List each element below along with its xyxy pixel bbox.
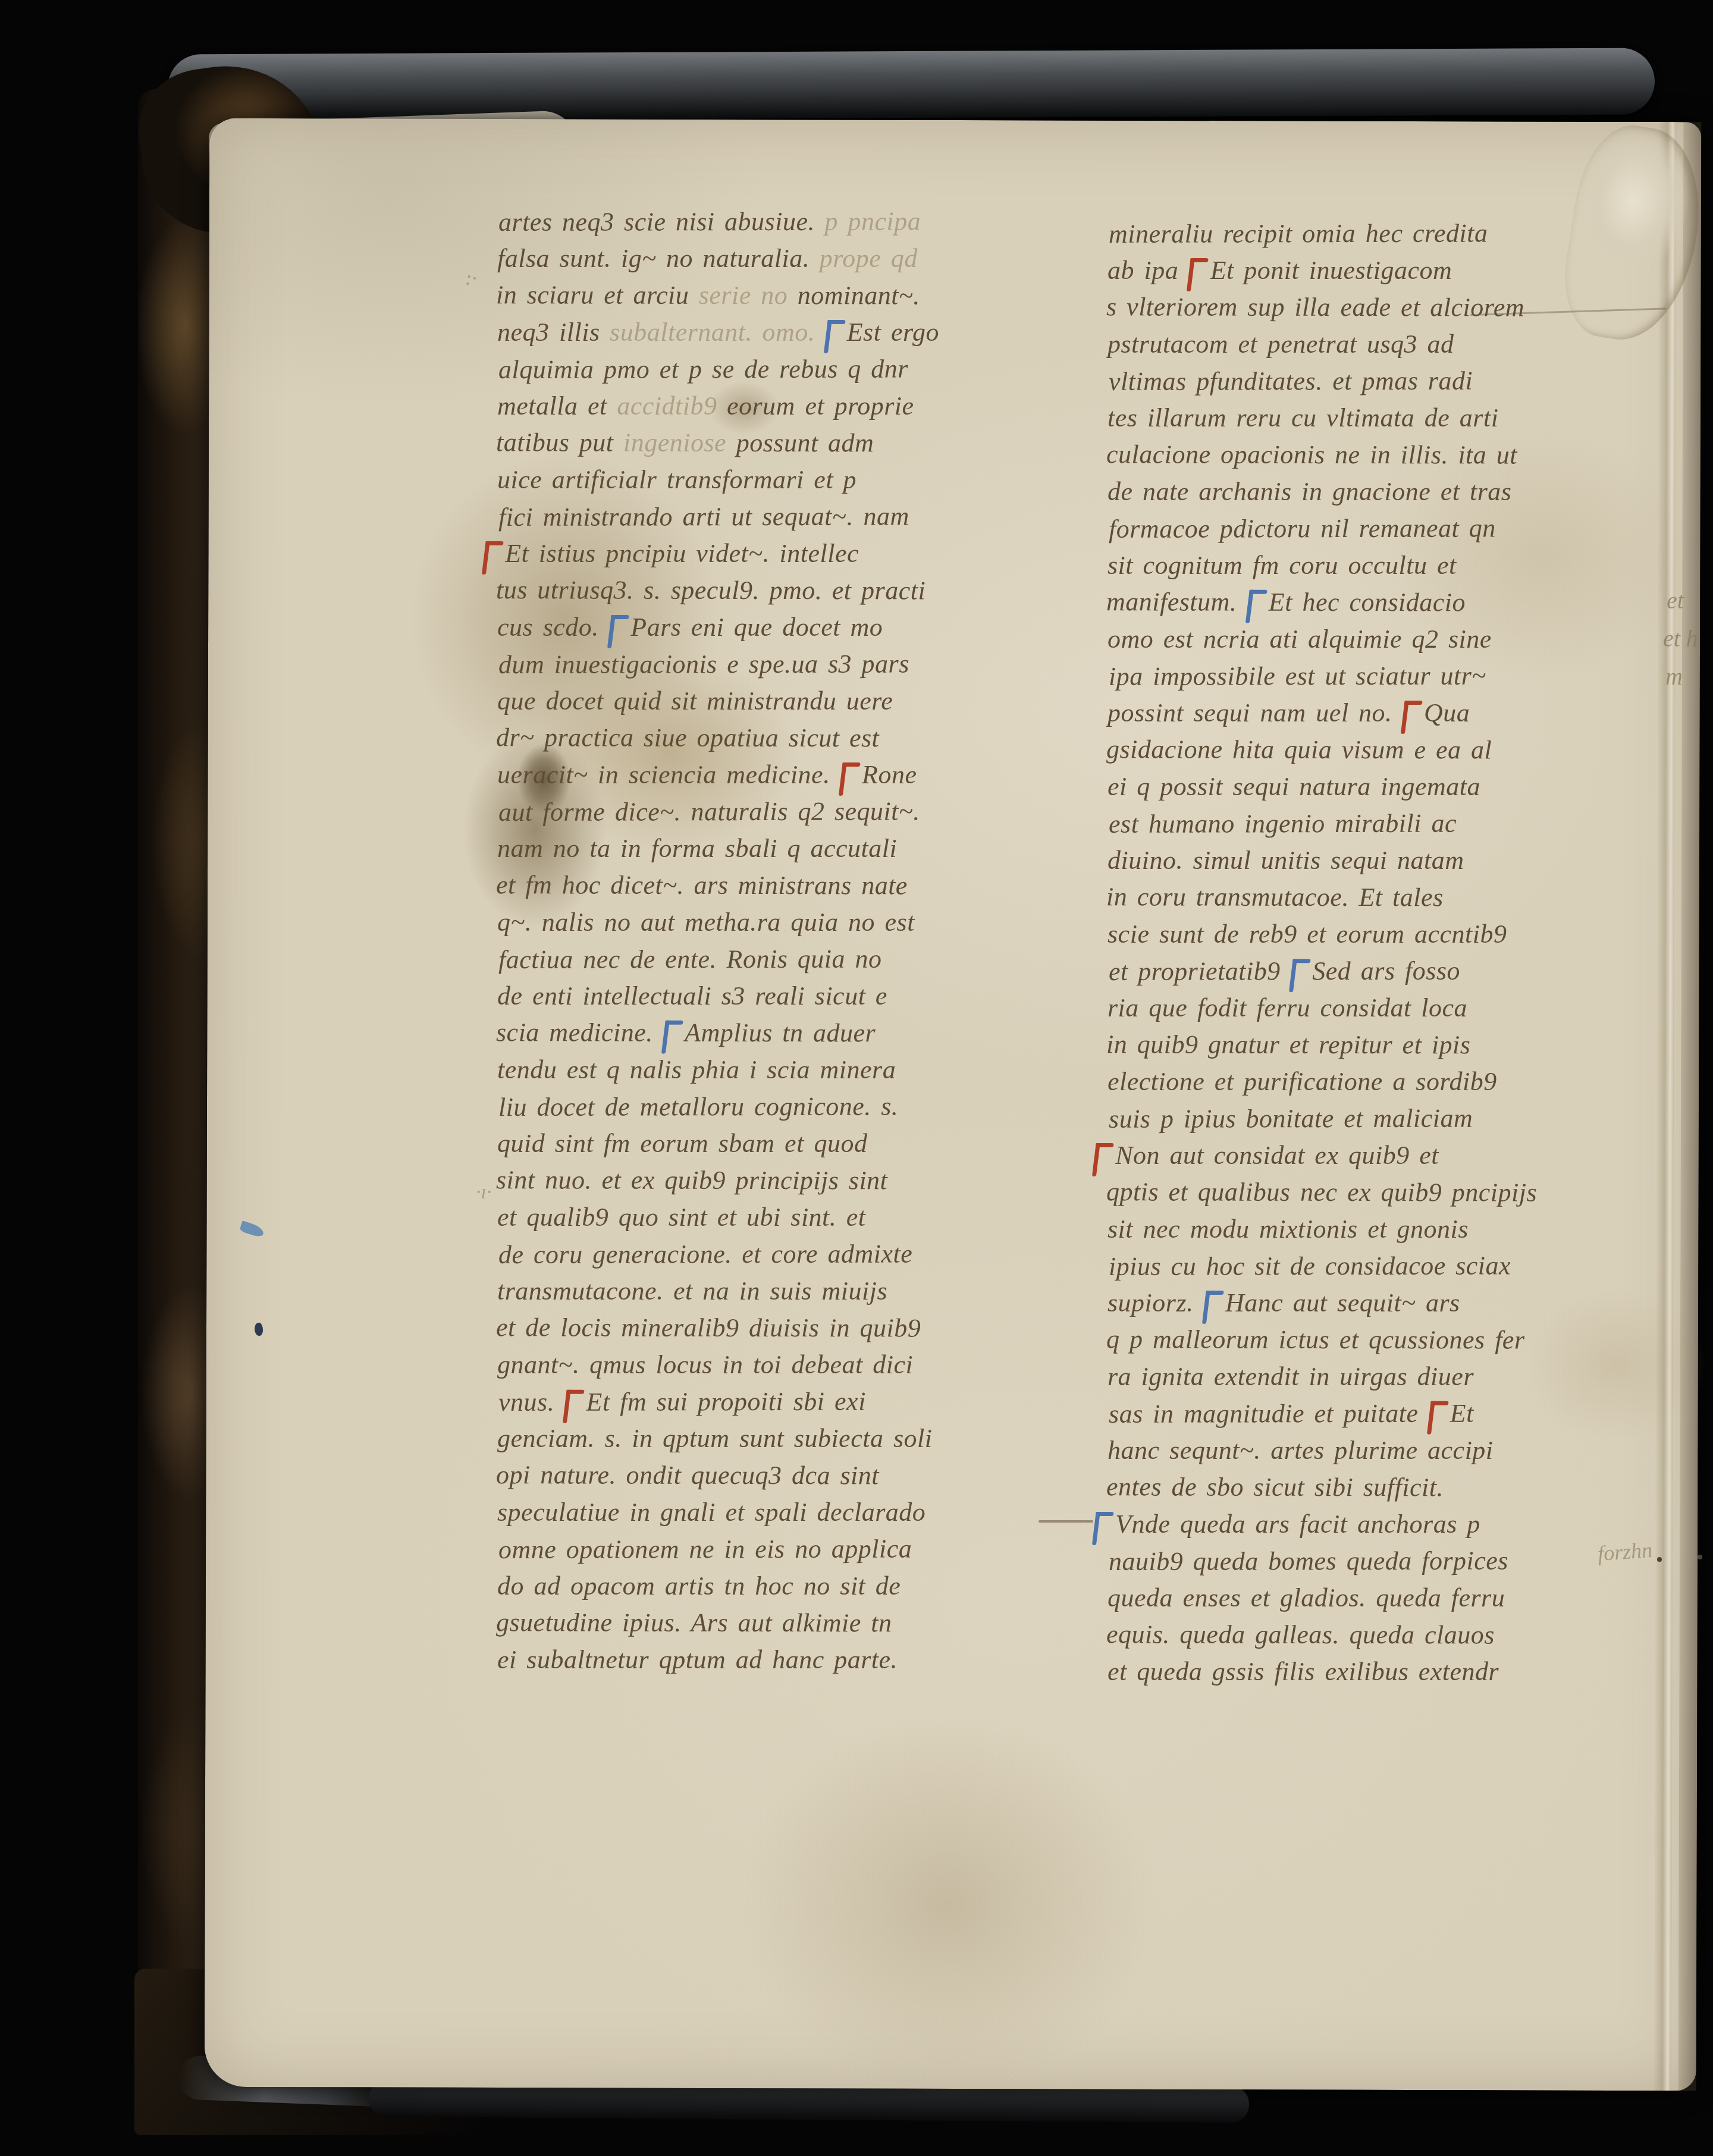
text-line: equis. queda galleas. queda clauos <box>1106 1617 1606 1655</box>
text-segment: scia medicine. <box>496 1018 663 1047</box>
text-segment: do ad opacom artis tn hoc no sit de <box>497 1571 901 1600</box>
text-line: et proprietatib9 Sed ars fosso <box>1109 953 1608 991</box>
text-line: et fm hoc dicet~. ars ministrans nate <box>496 868 1037 906</box>
margin-note-right: et h <box>1663 624 1698 652</box>
text-segment: tendu est q nalis phia i scia minera <box>497 1055 896 1084</box>
text-segment: factiua nec de ente. Ronis quia no <box>498 944 882 974</box>
pilcrow-blue-icon <box>1203 1291 1219 1317</box>
text-segment: Non aut considat ex quib9 et <box>1115 1141 1439 1170</box>
text-line: diuino. simul unitis sequi natam <box>1108 843 1607 880</box>
text-line: dum inuestigacionis e spe.ua s3 pars <box>498 647 1040 685</box>
text-segment: Hanc aut sequit~ ars <box>1225 1288 1460 1317</box>
text-line: pstrutacom et penetrat usq3 ad <box>1108 327 1607 364</box>
text-segment: et de locis mineralib9 diuisis in quib9 <box>496 1313 921 1342</box>
text-line: omo est ncria ati alquimie q2 sine <box>1108 622 1607 659</box>
pilcrow-red-icon <box>1428 1401 1444 1427</box>
text-segment: q p malleorum ictus et qcussiones fer <box>1106 1325 1525 1354</box>
pilcrow-blue-icon <box>1246 589 1263 616</box>
text-line: ra ignita extendit in uirgas diuer <box>1108 1360 1607 1396</box>
text-segment: ipius cu hoc sit de considacoe sciax <box>1109 1251 1511 1281</box>
text-segment: tes illarum reru cu vltimata de arti <box>1108 403 1498 432</box>
text-line: q~. nalis no aut metha.ra quia no est <box>497 905 1039 942</box>
text-segment: Et hec considacio <box>1269 588 1466 617</box>
text-column-left: artes neq3 scie nisi abusiue. p pncipafa… <box>497 205 1039 1680</box>
text-line: et queda gssis filis exilibus extendr <box>1108 1655 1607 1691</box>
text-line: fici ministrando arti ut sequat~. nam <box>498 499 1040 537</box>
text-segment: diuino. simul unitis sequi natam <box>1108 846 1464 875</box>
pilcrow-blue-icon <box>608 615 625 642</box>
text-line: cus scdo. Pars eni que docet mo <box>497 610 1039 647</box>
text-segment: prope qd <box>820 244 918 273</box>
text-segment: ueracit~ in sciencia medicine. <box>497 760 840 789</box>
text-line: nam no ta in forma sbali q accutali <box>497 831 1039 868</box>
ink-dot <box>1698 1555 1702 1559</box>
text-line: que docet quid sit ministrandu uere <box>497 684 1039 721</box>
text-line: entes de sbo sicut sibi sufficit. <box>1106 1470 1606 1507</box>
text-line: de enti intellectuali s3 reali sicut e <box>497 979 1039 1016</box>
text-segment: de nate archanis in gnacione et tras <box>1108 477 1511 506</box>
page-fore-edge <box>1679 122 1702 2091</box>
pilcrow-blue-icon <box>824 320 841 347</box>
text-segment: sit nec modu mixtionis et gnonis <box>1108 1214 1469 1244</box>
text-line: factiua nec de ente. Ronis quia no <box>498 942 1040 980</box>
text-line: vnus. Et fm sui propoiti sbi exi <box>498 1384 1040 1422</box>
text-segment: in quib9 gnatur et repitur et ipis <box>1106 1030 1471 1059</box>
text-line: alquimia pmo et p se de rebus q dnr <box>498 352 1040 390</box>
text-line: ei q possit sequi natura ingemata <box>1108 770 1607 806</box>
text-segment: in sciaru et arciu <box>496 280 699 310</box>
text-line: in quib9 gnatur et repitur et ipis <box>1106 1027 1606 1065</box>
text-segment: genciam. s. in qptum sunt subiecta soli <box>497 1424 932 1453</box>
text-segment: vltimas pfunditates. et pmas radi <box>1109 366 1473 396</box>
text-segment: est humano ingenio mirabili ac <box>1109 809 1457 839</box>
text-segment: et proprietatib9 <box>1109 956 1290 986</box>
text-line: liu docet de metalloru cognicone. s. <box>498 1089 1040 1127</box>
text-line: quid sint fm eorum sbam et quod <box>497 1126 1039 1163</box>
text-segment: electione et purificatione a sordib9 <box>1108 1067 1497 1096</box>
text-line: est humano ingenio mirabili ac <box>1109 806 1608 844</box>
text-segment: Et fm sui propoiti sbi exi <box>586 1387 866 1417</box>
text-line: et qualib9 quo sint et ubi sint. et <box>497 1200 1039 1237</box>
text-line: aut forme dice~. naturalis q2 sequit~. <box>498 794 1040 832</box>
text-segment: et queda gssis filis exilibus extendr <box>1108 1657 1499 1686</box>
text-line: gnant~. qmus locus in toi debeat dici <box>497 1348 1039 1385</box>
text-line: speculatiue in gnali et spali declarado <box>497 1495 1039 1532</box>
text-segment: supiorz. <box>1108 1288 1203 1317</box>
text-segment: falsa sunt. ig~ no naturalia. <box>497 244 820 273</box>
text-line: gsuetudine ipius. Ars aut alkimie tn <box>496 1605 1037 1643</box>
text-segment: de coru generacione. et core admixte <box>498 1239 912 1269</box>
text-segment: artes neq3 scie nisi abusiue. <box>498 207 824 237</box>
text-line: mineraliu recipit omia hec credita <box>1109 216 1608 254</box>
text-line: Et istius pncipiu videt~. intellec <box>497 536 1039 573</box>
text-segment: Rone <box>862 760 917 789</box>
text-segment: Vnde queda ars facit anchoras p <box>1115 1509 1480 1539</box>
text-segment: Est ergo <box>847 318 939 347</box>
text-line: tus utriusq3. s. specul9. pmo. et practi <box>496 573 1037 611</box>
text-segment: cus scdo. <box>497 613 608 642</box>
text-line: manifestum. Et hec considacio <box>1106 585 1606 622</box>
text-segment: tus utriusq3. s. specul9. pmo. et practi <box>496 575 925 605</box>
text-segment: Et <box>1450 1399 1474 1428</box>
text-segment: de enti intellectuali s3 reali sicut e <box>497 981 887 1010</box>
text-line: in coru transmutacoe. Et tales <box>1106 880 1606 917</box>
text-line: sit nec modu mixtionis et gnonis <box>1108 1212 1607 1249</box>
text-segment: accidtib9 <box>617 391 727 420</box>
pilcrow-red-icon <box>482 541 499 568</box>
text-line: nauib9 queda bomes queda forpices <box>1109 1543 1608 1581</box>
text-segment: culacione opacionis ne in illis. ita ut <box>1106 440 1517 469</box>
text-line: metalla et accidtib9 eorum et proprie <box>497 389 1039 426</box>
text-line: tendu est q nalis phia i scia minera <box>497 1053 1039 1090</box>
text-segment: ab ipa <box>1108 256 1188 285</box>
text-line: scia medicine. Amplius tn aduer <box>496 1015 1037 1053</box>
text-segment: sit cognitum fm coru occultu et <box>1108 551 1457 580</box>
text-segment: eorum et proprie <box>727 391 914 420</box>
text-line: s vlteriorem sup illa eade et alciorem <box>1106 290 1606 327</box>
text-line: sas in magnitudie et puitate Et <box>1109 1396 1608 1434</box>
text-segment: suis p ipius bonitate et maliciam <box>1109 1104 1473 1134</box>
text-line: ria que fodit ferru considat loca <box>1108 991 1607 1028</box>
text-column-right: mineraliu recipit omia hec creditaab ipa… <box>1108 216 1607 1691</box>
text-segment: et fm hoc dicet~. ars ministrans nate <box>496 870 908 900</box>
text-line: ueracit~ in sciencia medicine. Rone <box>497 758 1039 795</box>
text-segment: tatibus put <box>496 428 623 457</box>
text-segment: sas in magnitudie et puitate <box>1109 1399 1428 1429</box>
text-line: q p malleorum ictus et qcussiones fer <box>1106 1322 1606 1360</box>
text-line: culacione opacionis ne in illis. ita ut <box>1106 437 1606 475</box>
margin-mark-left: :· <box>465 268 477 290</box>
text-line: falsa sunt. ig~ no naturalia. prope qd <box>497 241 1039 278</box>
text-segment: ria que fodit ferru considat loca <box>1108 993 1467 1022</box>
text-segment: pstrutacom et penetrat usq3 ad <box>1108 329 1454 359</box>
text-segment: metalla et <box>497 391 617 420</box>
text-segment: Et istius pncipiu videt~. intellec <box>505 539 859 568</box>
text-line: ipius cu hoc sit de considacoe sciax <box>1109 1248 1608 1286</box>
text-segment: et qualib9 quo sint et ubi sint. et <box>497 1203 866 1232</box>
margin-note-right: et <box>1667 586 1684 614</box>
text-line: Vnde queda ars facit anchoras p <box>1108 1507 1607 1544</box>
text-line: ipa impossibile est ut sciatur utr~ <box>1109 658 1608 696</box>
text-segment: ei q possit sequi natura ingemata <box>1108 772 1480 801</box>
text-segment: alquimia pmo et p se de rebus q dnr <box>498 354 908 384</box>
text-line: transmutacone. et na in suis miuijs <box>497 1274 1039 1311</box>
text-segment: Pars eni que docet mo <box>630 613 883 642</box>
text-segment: transmutacone. et na in suis miuijs <box>497 1276 887 1305</box>
text-segment: ei subaltnetur qptum ad hanc parte. <box>497 1645 898 1674</box>
text-line: electione et purificatione a sordib9 <box>1108 1065 1607 1101</box>
text-segment: formacoe pdictoru nil remaneat qn <box>1109 514 1496 544</box>
text-segment: scie sunt de reb9 et eorum accntib9 <box>1108 919 1507 949</box>
margin-note-right: m <box>1665 663 1683 691</box>
text-segment: possunt adm <box>736 428 874 457</box>
text-segment: dr~ practica siue opatiua sicut est <box>496 723 879 752</box>
text-segment: serie no <box>699 281 798 310</box>
text-segment: speculatiue in gnali et spali declarado <box>497 1498 925 1527</box>
pilcrow-blue-icon <box>1290 959 1306 986</box>
text-segment: liu docet de metalloru cognicone. s. <box>498 1092 898 1122</box>
text-segment: Et ponit inuestigacom <box>1210 256 1452 285</box>
text-segment: q~. nalis no aut metha.ra quia no est <box>497 908 915 937</box>
text-segment: sint nuo. et ex quib9 principijs sint <box>496 1165 887 1195</box>
pilcrow-blue-icon <box>662 1020 679 1047</box>
text-segment: quid sint fm eorum sbam et quod <box>497 1129 867 1158</box>
text-line: supiorz. Hanc aut sequit~ ars <box>1108 1286 1607 1323</box>
pilcrow-red-icon <box>839 762 856 789</box>
text-line: in sciaru et arciu serie no nominant~. <box>496 278 1037 316</box>
text-line: formacoe pdictoru nil remaneat qn <box>1109 511 1608 549</box>
text-segment: que docet quid sit ministrandu uere <box>497 686 893 715</box>
text-segment: omo est ncria ati alquimie q2 sine <box>1108 624 1492 654</box>
text-segment: ra ignita extendit in uirgas diuer <box>1108 1362 1474 1391</box>
text-line: qptis et qualibus nec ex quib9 pncipijs <box>1106 1175 1606 1212</box>
pilcrow-red-icon <box>1188 258 1204 285</box>
text-segment: opi nature. ondit quecuq3 dca sint <box>496 1460 879 1490</box>
text-segment: gnant~. qmus locus in toi debeat dici <box>497 1350 913 1379</box>
text-line: Non aut considat ex quib9 et <box>1108 1138 1607 1175</box>
text-segment: omne opationem ne in eis no applica <box>498 1534 912 1564</box>
stain <box>740 1713 1157 2095</box>
text-line: tatibus put ingeniose possunt adm <box>496 425 1037 463</box>
text-segment: subalternant. omo. <box>610 318 825 347</box>
text-segment: nauib9 queda bomes queda forpices <box>1109 1546 1508 1576</box>
text-line: gsidacione hita quia visum e ea al <box>1106 732 1606 770</box>
text-line: tes illarum reru cu vltimata de arti <box>1108 401 1607 438</box>
page-fold-line <box>1654 122 1677 2091</box>
text-line: do ad opacom artis tn hoc no sit de <box>497 1569 1039 1606</box>
text-line: ei subaltnetur qptum ad hanc parte. <box>497 1643 1039 1680</box>
text-segment: dum inuestigacionis e spe.ua s3 pars <box>498 649 909 679</box>
text-line: vltimas pfunditates. et pmas radi <box>1109 363 1608 401</box>
pilcrow-red-icon <box>564 1389 581 1416</box>
text-segment: nam no ta in forma sbali q accutali <box>497 834 897 863</box>
text-segment: nominant~. <box>798 281 920 310</box>
text-line: de coru generacione. et core admixte <box>498 1237 1040 1275</box>
pilcrow-blue-icon <box>1093 1512 1109 1539</box>
ink-dot <box>1657 1557 1662 1562</box>
text-segment: manifestum. <box>1106 587 1247 616</box>
text-line: scie sunt de reb9 et eorum accntib9 <box>1108 917 1607 954</box>
text-line: queda enses et gladios. queda ferru <box>1108 1581 1607 1618</box>
text-line: sint nuo. et ex quib9 principijs sint <box>496 1163 1037 1201</box>
text-segment: vnus. <box>498 1388 564 1417</box>
text-segment: s vlteriorem sup illa eade et alciorem <box>1106 292 1524 322</box>
text-segment: fici ministrando arti ut sequat~. nam <box>498 502 909 532</box>
text-segment: neq3 illis <box>497 318 610 347</box>
text-segment: equis. queda galleas. queda clauos <box>1106 1620 1495 1649</box>
margin-note-corner: forzhn <box>1597 1537 1654 1566</box>
text-segment: aut forme dice~. naturalis q2 sequit~. <box>498 796 920 826</box>
margin-mark-left: ·ı· <box>476 1181 491 1204</box>
pilcrow-red-icon <box>1401 701 1418 727</box>
text-segment: entes de sbo sicut sibi sufficit. <box>1106 1472 1444 1502</box>
text-line: hanc sequnt~. artes plurime accipi <box>1108 1433 1607 1470</box>
text-segment: mineraliu recipit omia hec credita <box>1109 219 1488 249</box>
text-segment: ipa impossibile est ut sciatur utr~ <box>1109 661 1486 691</box>
text-segment: queda enses et gladios. queda ferru <box>1108 1583 1505 1612</box>
text-segment: gsidacione hita quia visum e ea al <box>1106 735 1492 764</box>
text-line: et de locis mineralib9 diuisis in quib9 <box>496 1310 1037 1348</box>
pilcrow-red-icon <box>1093 1143 1109 1170</box>
text-line: artes neq3 scie nisi abusiue. p pncipa <box>498 204 1040 242</box>
text-segment: p pncipa <box>824 206 921 236</box>
text-segment: hanc sequnt~. artes plurime accipi <box>1108 1436 1494 1465</box>
text-line: genciam. s. in qptum sunt subiecta soli <box>497 1421 1039 1458</box>
text-segment: ingeniose <box>623 428 736 457</box>
text-segment: Amplius tn aduer <box>685 1018 876 1048</box>
text-segment: Sed ars fosso <box>1312 956 1460 986</box>
text-segment: qptis et qualibus nec ex quib9 pncipijs <box>1106 1177 1537 1207</box>
text-line: omne opationem ne in eis no applica <box>498 1532 1040 1570</box>
text-line: opi nature. ondit quecuq3 dca sint <box>496 1458 1037 1496</box>
text-segment: uice artificialr transformari et p <box>497 465 857 494</box>
text-line: de nate archanis in gnacione et tras <box>1108 475 1607 511</box>
text-line: sit cognitum fm coru occultu et <box>1108 548 1607 585</box>
text-line: neq3 illis subalternant. omo. Est ergo <box>497 315 1039 352</box>
text-line: possint sequi nam uel no. Qua <box>1108 696 1607 733</box>
text-line: dr~ practica siue opatiua sicut est <box>496 720 1037 758</box>
text-segment: Qua <box>1424 698 1470 727</box>
text-segment: gsuetudine ipius. Ars aut alkimie tn <box>496 1608 892 1637</box>
text-segment: possint sequi nam uel no. <box>1108 698 1402 727</box>
manuscript-photo: artes neq3 scie nisi abusiue. p pncipafa… <box>0 0 1713 2156</box>
text-line: suis p ipius bonitate et maliciam <box>1109 1101 1608 1139</box>
text-segment: in coru transmutacoe. Et tales <box>1106 882 1444 912</box>
intercolumn-dash-mark <box>1039 1520 1093 1523</box>
book-cover-top-edge <box>168 48 1655 121</box>
text-line: uice artificialr transformari et p <box>497 463 1039 500</box>
text-line: ab ipa Et ponit inuestigacom <box>1108 253 1607 290</box>
